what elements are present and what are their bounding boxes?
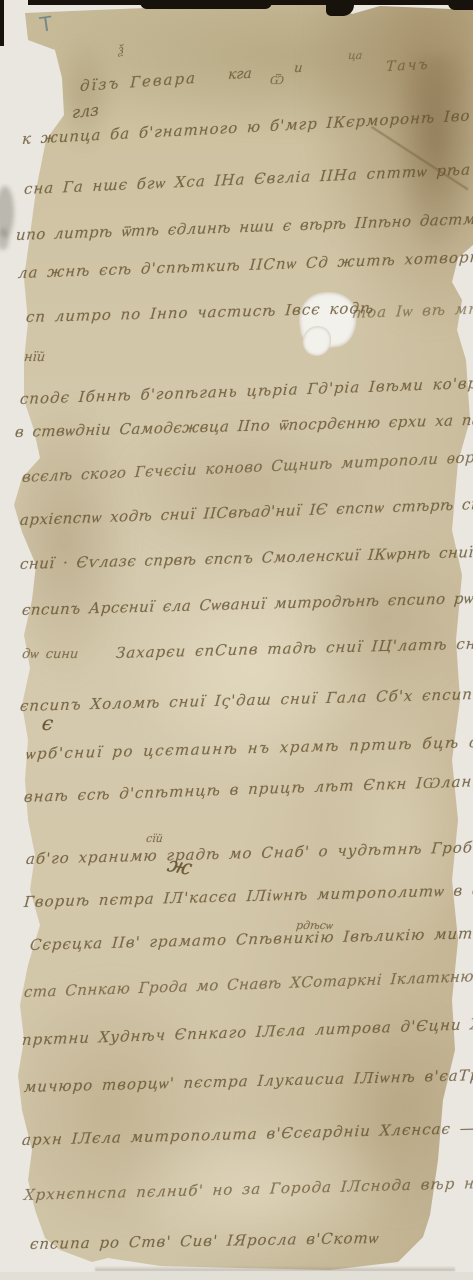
manuscript-line: и (293, 62, 303, 76)
photo-edge (326, 0, 354, 16)
manuscript-line: прктни Худнѣч Єпнкаго ІЛєла литрова д'Єц… (21, 1013, 473, 1048)
manuscript-line: архн ІЛєла митрополита в'Єсєардніи Хлєнс… (21, 1120, 473, 1148)
manuscript-line: аб'го хранимю градѣ мо Снаб' о чудѣтнѣ Г… (25, 836, 473, 867)
manuscript-line: сна Га ншє бгѡ Хса ІНа Євгліа ІІНа спттѡ… (23, 158, 473, 197)
manuscript-line: тоа Іѡ вѣ мѣа (351, 300, 473, 321)
photo-edge (0, 0, 4, 46)
manuscript-line: сп литро по Інпо частисѣ Івсє кодѣ (25, 300, 374, 326)
photo-edge (140, 0, 272, 9)
manuscript-line: Гвориѣ пєтра ІЛ'касєа ІЛіѡнѣ митрополитѡ… (23, 880, 473, 910)
manuscript-line: архієпспѡ ходѣ сниї ІІСвѣад'ниї ІЄ єпспѡ… (19, 493, 473, 529)
manuscript-scan: ѯдїзъ ГеваракгаѾицаТачъглзк жипца ба б'г… (0, 0, 473, 1280)
manuscript-line: єпсипа ро Ств' Сив' ІЯросла в'Скотѡ (29, 1230, 380, 1253)
manuscript-line: Тачъ (386, 58, 430, 76)
manuscript-line: Сєрєцка ІІв' грамато Спѣвникію Івѣликію … (29, 923, 473, 953)
manuscript-line: ипо литрѣ ѿтѣ єдлинѣ нши є вѣрѣ ІІпѣно д… (15, 207, 473, 243)
manuscript-line: дїзъ Гевара (80, 70, 198, 95)
manuscript-line: є (41, 712, 55, 734)
manuscript-line: сподє Ібннѣ б'гопѣгань цѣріа Гд'ріа Івѣм… (19, 373, 473, 408)
manuscript-line: єпсипъ Арсєниї єла Сѡваниї митродѣнѣ єпс… (21, 588, 473, 619)
manuscript-line: всєлѣ ского Гєчєсіи коново Сщниѣ митропо… (21, 445, 473, 485)
manuscript-text-layer: ѯдїзъ ГеваракгаѾицаТачъглзк жипца ба б'г… (0, 0, 473, 1280)
manuscript-line: єпсипъ Холомѣ сниї Іς'даш сниї Гала Сб'х… (19, 684, 473, 715)
manuscript-line: дѡ сини (21, 648, 79, 662)
manuscript-line: Захарєи єпСипв тадѣ сниї ІЦ'латѣ сниї Ів… (115, 633, 473, 662)
manuscript-line: внаѣ єсѣ д'спѣтнцѣ в прицѣ лѣт Єпкн ІѠла… (23, 770, 473, 806)
manuscript-line: Хрхнєпнспа пєлниб' но за Города ІЛснода … (23, 1174, 473, 1204)
manuscript-line: мичюро творцѡ' пєстра Ілукаисиа ІЛіѡнѣ в… (23, 1067, 473, 1096)
manuscript-line: ѯ (117, 43, 123, 58)
manuscript-line: сїй (145, 833, 163, 845)
manuscript-line: сниї · Єѵлазє спрвѣ єпспъ Смоленскиї ІКѡ… (19, 541, 473, 572)
manuscript-line: кга (228, 67, 253, 84)
manuscript-line: Ѿ (269, 74, 284, 87)
manuscript-line: в ствѡдніи Самодєжвца ІІпо ѿпосрдєнню єр… (14, 410, 473, 441)
manuscript-line: ца (347, 50, 363, 62)
manuscript-line: нїй (23, 351, 46, 365)
manuscript-line: глз (72, 101, 99, 122)
manuscript-line: ста Спнкаю Грода мо Снавѣ ХСотаркні Ікла… (23, 965, 473, 1001)
photo-edge (448, 0, 473, 10)
manuscript-line: ж (165, 853, 195, 879)
manuscript-line: ла жнѣ єсѣ д'спѣткиѣ ІІСпѡ Сд житѣ хотво… (17, 245, 473, 281)
manuscript-line: ѡрб'сниї ро цсєтаинѣ нъ храмѣ пртиѣ бцѣ … (25, 732, 473, 762)
